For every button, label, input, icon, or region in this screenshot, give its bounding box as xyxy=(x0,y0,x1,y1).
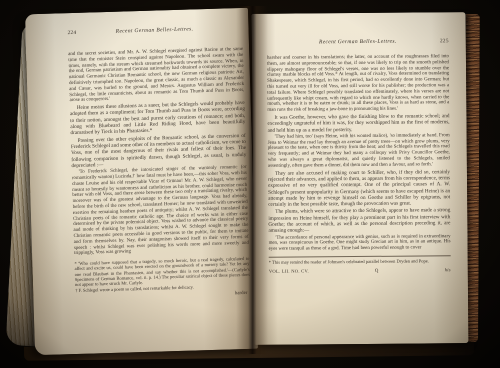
quote-paragraph: harsher and coarser in his translations;… xyxy=(267,54,449,114)
running-header-left: Recent German Belles-Lettres. xyxy=(67,25,241,36)
quote-paragraph: 'They had him, too' (says Heine, with hi… xyxy=(268,133,450,169)
paragraph: Heine means these allusions as a sneer, … xyxy=(70,100,246,137)
catchword: his xyxy=(445,268,451,273)
right-page: Recent German Belles-Lettres. 225 harshe… xyxy=(252,12,469,345)
right-page-header: Recent German Belles-Lettres. 225 xyxy=(267,38,449,46)
paragraph: They are also accused of making court to… xyxy=(268,169,450,208)
right-text-column: harsher and coarser in his translations;… xyxy=(267,54,451,275)
quote-paragraph: 'The accordance of personal appearance w… xyxy=(268,234,450,253)
left-text-column: and the secret societies, and Mr. A. W. … xyxy=(68,47,250,301)
left-page-number: 224 xyxy=(67,30,76,36)
footnote-rule xyxy=(269,255,451,258)
paragraph: The plums, which were so attractive to t… xyxy=(268,208,450,235)
footnote: * This may remind the reader of Johnson'… xyxy=(269,258,451,265)
left-page: 224 Recent German Belles-Lettres. and th… xyxy=(25,8,258,355)
photo-background: 224 Recent German Belles-Lettres. and th… xyxy=(0,0,500,368)
running-header-right: Recent German Belles-Lettres. xyxy=(267,38,449,46)
right-page-number: 225 xyxy=(440,38,449,44)
signature-row: VOL. LII. NO. CV. Q his xyxy=(269,268,451,276)
quote-paragraph: 'To Frederick Schlegel, the intoxicated … xyxy=(72,165,250,257)
paragraph: Passing over the other exploits of the R… xyxy=(71,133,247,170)
volume-signature: VOL. LII. NO. CV. xyxy=(269,269,309,274)
paragraph: It was Goethe, however, who gave the fin… xyxy=(267,113,449,133)
footnote-block: * 'Who could have supposed that a traged… xyxy=(74,256,250,293)
left-page-header: 224 Recent German Belles-Lettres. xyxy=(67,25,241,36)
gathering-signature: Q xyxy=(375,269,379,274)
paragraph: and the secret societies, and Mr. A. W. … xyxy=(68,47,244,104)
